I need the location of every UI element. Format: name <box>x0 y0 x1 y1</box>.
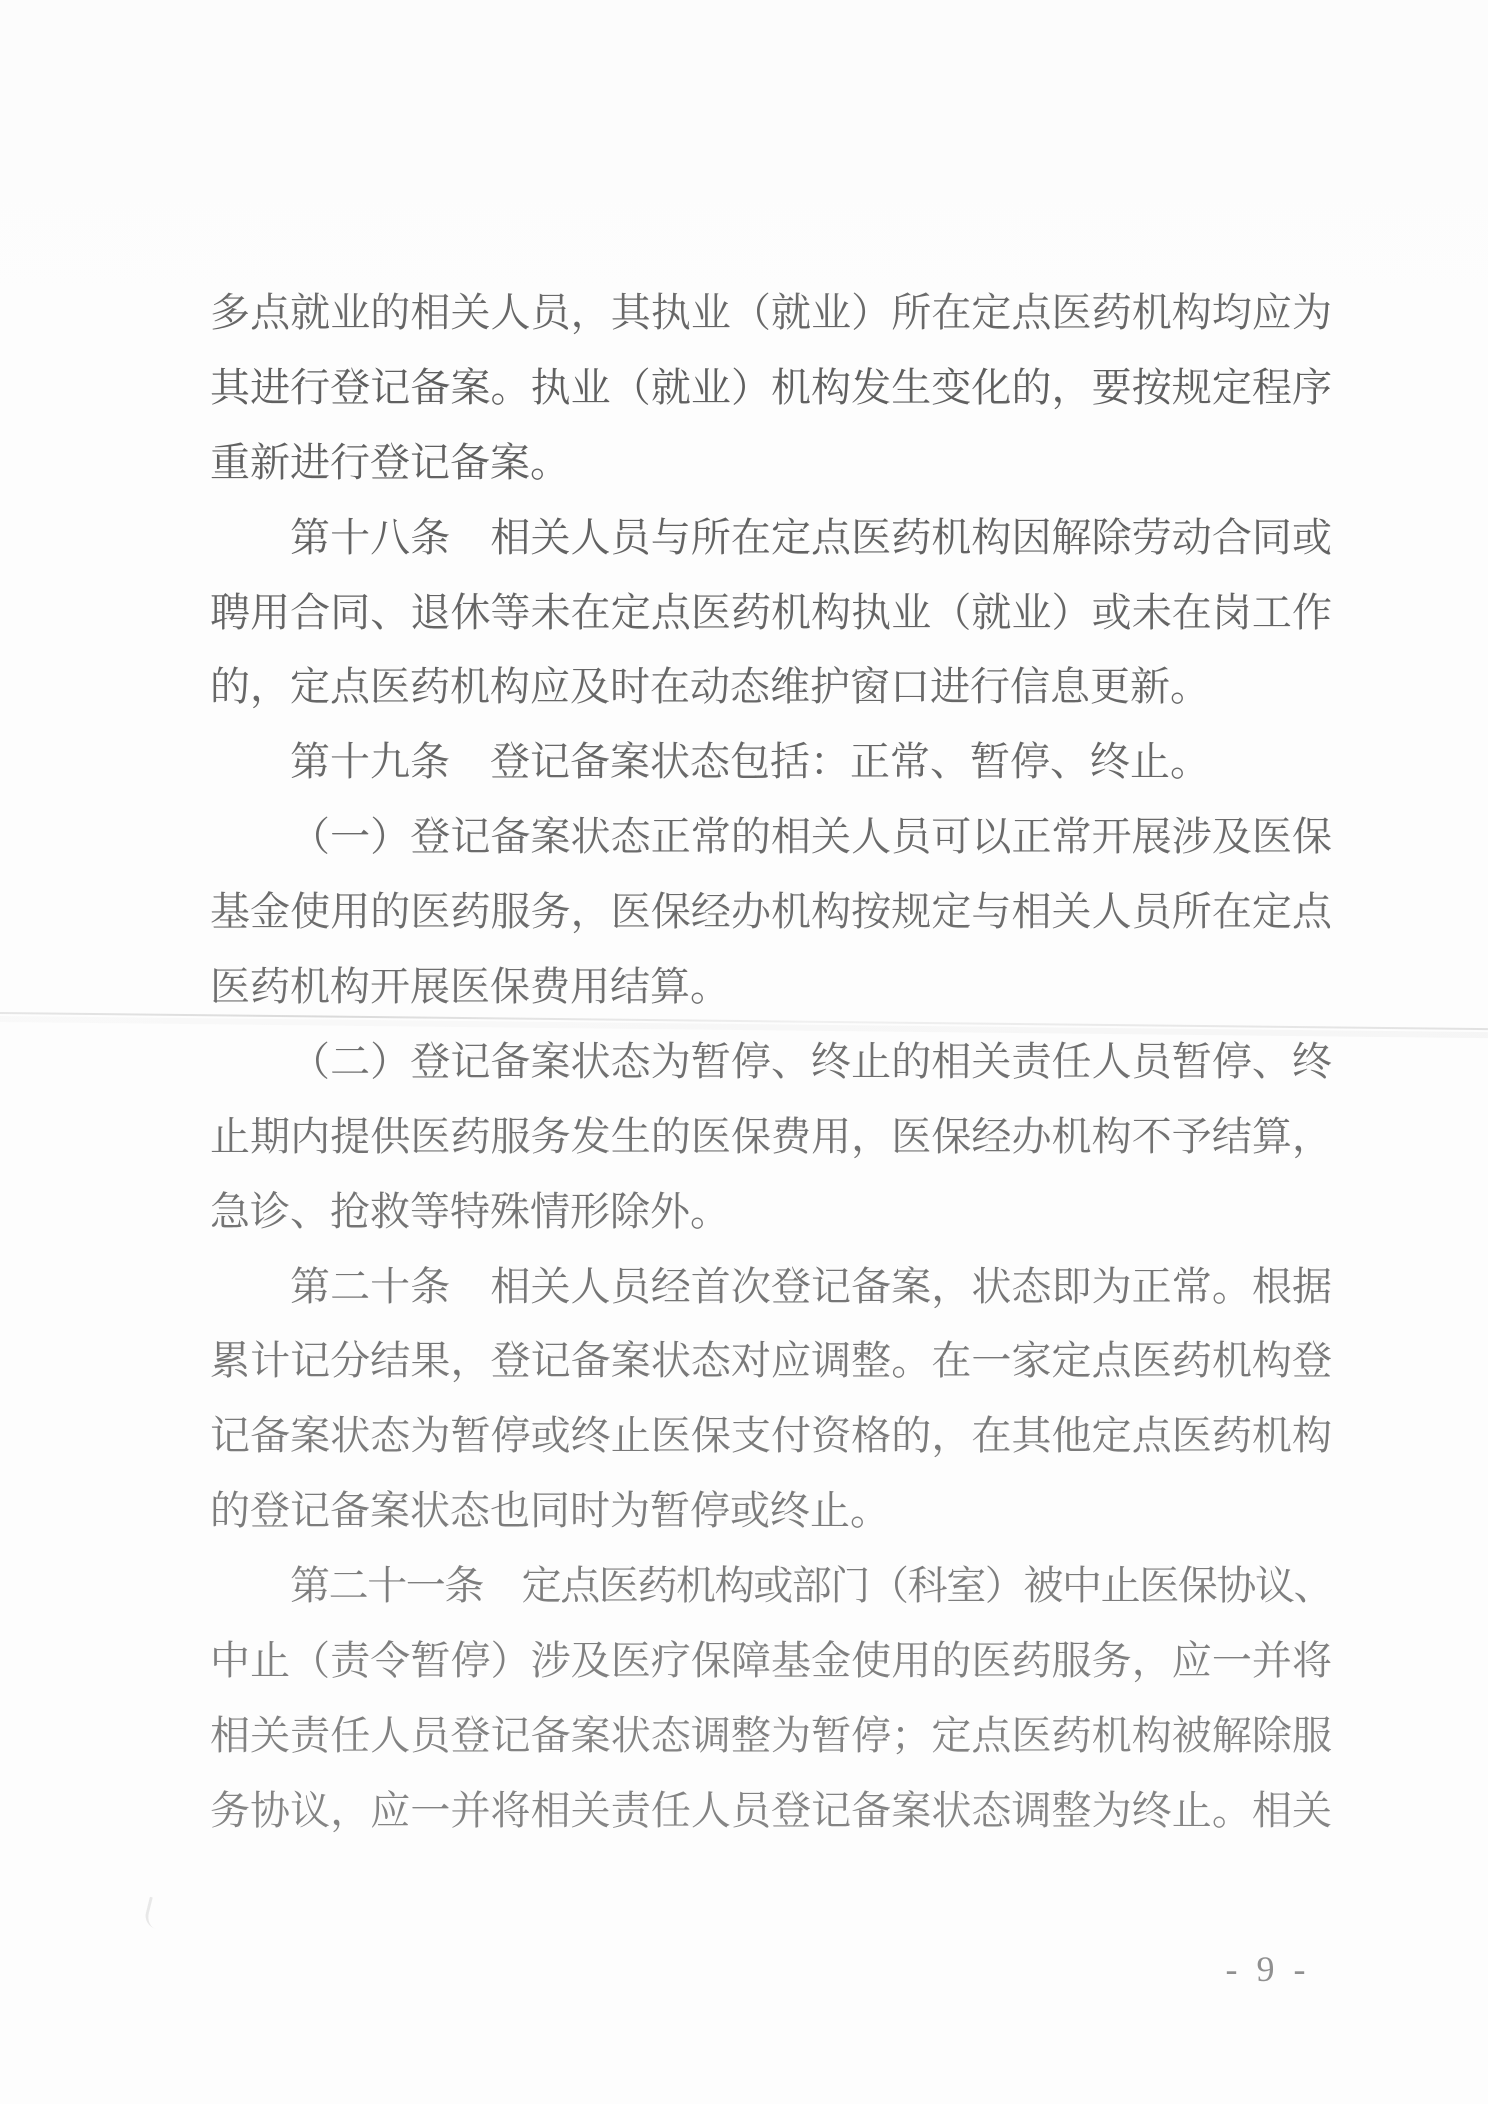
text-line: 急诊、抢救等特殊情形除外。 <box>210 1175 1332 1250</box>
text-line: （一）登记备案状态正常的相关人员可以正常开展涉及医保 <box>210 800 1332 875</box>
page-number: - 9 - <box>1193 1948 1343 1990</box>
text-line: 第十八条 相关人员与所在定点医药机构因解除劳动合同或 <box>210 501 1332 576</box>
text-line: 聘用合同、退休等未在定点医药机构执业（就业）或未在岗工作 <box>210 576 1332 651</box>
scan-artifact-mark <box>143 1897 165 1930</box>
document-page: 多点就业的相关人员，其执业（就业）所在定点医药机构均应为其进行登记备案。执业（就… <box>0 0 1488 2104</box>
text-line: 第二十一条 定点医药机构或部门（科室）被中止医保协议、 <box>210 1549 1332 1624</box>
text-line: 止期内提供医药服务发生的医保费用，医保经办机构不予结算， <box>210 1100 1332 1175</box>
text-line: 的，定点医药机构应及时在动态维护窗口进行信息更新。 <box>210 650 1332 725</box>
text-line: 多点就业的相关人员，其执业（就业）所在定点医药机构均应为 <box>210 276 1332 351</box>
text-line: 其进行登记备案。执业（就业）机构发生变化的，要按规定程序 <box>210 351 1332 426</box>
text-line: 重新进行登记备案。 <box>210 426 1332 501</box>
text-line: 务协议，应一并将相关责任人员登记备案状态调整为终止。相关 <box>210 1774 1332 1849</box>
text-line: 第二十条 相关人员经首次登记备案，状态即为正常。根据 <box>210 1250 1332 1325</box>
text-line: 累计记分结果，登记备案状态对应调整。在一家定点医药机构登 <box>210 1324 1332 1399</box>
text-line: 相关责任人员登记备案状态调整为暂停；定点医药机构被解除服 <box>210 1699 1332 1774</box>
text-line: 的登记备案状态也同时为暂停或终止。 <box>210 1474 1332 1549</box>
text-line: 记备案状态为暂停或终止医保支付资格的，在其他定点医药机构 <box>210 1399 1332 1474</box>
text-line: （二）登记备案状态为暂停、终止的相关责任人员暂停、终 <box>210 1025 1332 1100</box>
text-line: 基金使用的医药服务，医保经办机构按规定与相关人员所在定点 <box>210 875 1332 950</box>
text-line: 第十九条 登记备案状态包括：正常、暂停、终止。 <box>210 725 1332 800</box>
text-line: 中止（责令暂停）涉及医疗保障基金使用的医药服务，应一并将 <box>210 1624 1332 1699</box>
document-body: 多点就业的相关人员，其执业（就业）所在定点医药机构均应为其进行登记备案。执业（就… <box>210 276 1332 1849</box>
text-line: 医药机构开展医保费用结算。 <box>210 950 1332 1025</box>
